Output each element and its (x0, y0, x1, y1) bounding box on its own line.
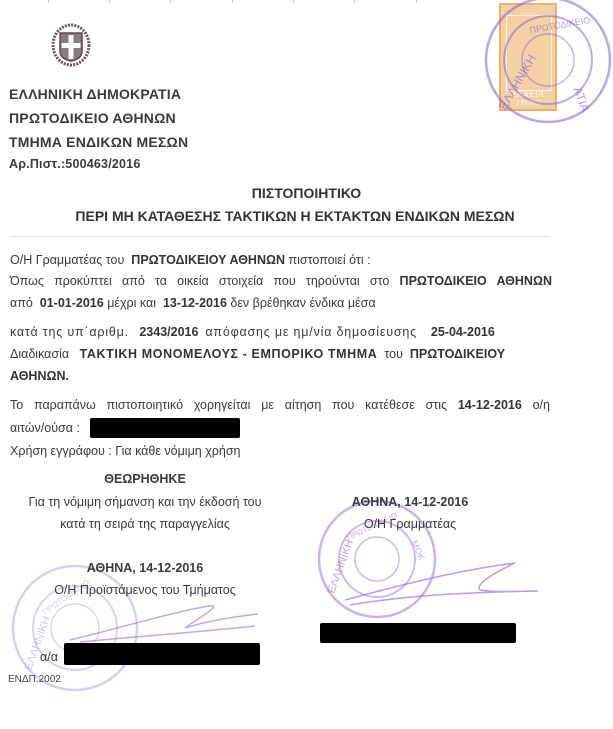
document-subtitle: ΠΕΡΙ ΜΗ ΚΑΤΑΘΕΣΗΣ ΤΑΚΤΙΚΩΝ Η ΕΚΤΑΚΤΩΝ ΕΝ… (0, 208, 590, 224)
body-line-3: από 01-01-2016 μέχρι και 13-12-2016 δεν … (10, 296, 376, 310)
redacted-applicant-name (90, 418, 240, 438)
body-line-6: ΑΘΗΝΩΝ. (10, 369, 69, 383)
court-name: ΠΡΩΤΟΔΙΚΕΙΟΥ (410, 347, 505, 361)
text: πιστοποιεί ότι : (289, 253, 371, 267)
text: Το παραπάνω πιστοποιητικό χορηγείται με … (10, 398, 447, 412)
procedure-type: ΤΑΚΤΙΚΗ ΜΟΝΟΜΕΛΟΥΣ - ΕΜΠΟΡΙΚΟ ΤΜΗΜΑ (80, 347, 378, 361)
body-line-5: Διαδικασία ΤΑΚΤΙΚΗ ΜΟΝΟΜΕΛΟΥΣ - ΕΜΠΟΡΙΚΟ… (10, 347, 505, 361)
court-name: ΠΡΩΤΟΔΙΚΕΙΟ ΑΘΗΝΩΝ (400, 274, 552, 288)
document-usage: Χρήση εγγράφου : Για κάθε νόμιμη χρήση (10, 444, 241, 458)
redacted-signatory-right (320, 623, 516, 643)
text: μέχρι και (107, 296, 156, 310)
redacted-signatory-left (64, 643, 260, 665)
text: Ο/Η Γραμματέας του (10, 253, 124, 267)
text: δεν βρέθηκαν ένδικα μέσα (230, 296, 375, 310)
right-place-date: ΑΘΗΝΑ, 14-12-2016 (300, 495, 520, 509)
decision-number: 2343/2016 (139, 325, 198, 339)
title-divider (10, 236, 550, 237)
court-name: ΠΡΩΤΟΔΙΚΕΙΟΥ ΑΘΗΝΩΝ (131, 253, 285, 267)
svg-text:ΑΤΙΑ: ΑΤΙΑ (570, 85, 592, 114)
endorsed-line-1: Για τη νόμιμη σήμανση και την έκδοσή του (0, 495, 290, 509)
applicant-label: αιτών/ούσα : (10, 421, 80, 435)
left-place-date: ΑΘΗΝΑ, 14-12-2016 (0, 561, 290, 575)
endorsed-heading: ΘΕΩΡΗΘΗΚΕ (0, 472, 290, 486)
header-department: ΤΜΗΜΑ ΕΝΔΙΚΩΝ ΜΕΣΩΝ (9, 134, 188, 150)
coat-of-arms-icon (51, 23, 91, 67)
text: Διαδικασία (10, 347, 69, 361)
body-line-7: Το παραπάνω πιστοποιητικό χορηγείται με … (10, 398, 550, 412)
date-from: 01-01-2016 (40, 296, 104, 310)
text: Όπως προκύπτει από τα οικεία στοιχεία πο… (10, 274, 389, 288)
body-line-1: Ο/Η Γραμματέας του ΠΡΩΤΟΔΙΚΕΙΟΥ ΑΘΗΝΩΝ π… (10, 253, 371, 267)
svg-text:ΕΛΛΗΝΙΚΗ: ΕΛΛΗΝΙΚΗ (496, 52, 539, 112)
left-signatory-role: Ο/Η Προϊστάμενος του Τμήματος (0, 583, 290, 597)
court-seal-icon: ΕΛΛΗΝΙΚΗ ΑΤΙΑ ΠΡΩΤΟΔΙΚΕΙΟ (478, 0, 613, 136)
application-date: 14-12-2016 (458, 398, 522, 412)
text: του (384, 347, 403, 361)
certificate-number: Αρ.Πιστ.:500463/2016 (9, 157, 141, 171)
date-to: 13-12-2016 (163, 296, 227, 310)
right-signatory-role: Ο/Η Γραμματέας (300, 517, 520, 531)
body-line-4: κατά της υπ΄αριθμ. 2343/2016 απόφασης με… (10, 325, 550, 339)
text: κατά της υπ΄αριθμ. (10, 325, 129, 339)
left-signature (60, 598, 260, 648)
on-behalf-prefix: α/α (40, 650, 58, 664)
form-code: ΕΝΔΠ.2002 (8, 674, 61, 685)
document-title: ΠΙΣΤΟΠΟΙΗΤΙΚΟ (0, 185, 613, 201)
right-signature (340, 555, 540, 615)
publication-date: 25-04-2016 (431, 325, 495, 339)
text: από (10, 296, 33, 310)
court-name: ΑΘΗΝΩΝ. (10, 369, 69, 383)
header-country: ΕΛΛΗΝΙΚΗ ΔΗΜΟΚΡΑΤΙΑ (9, 86, 181, 102)
body-line-2: Όπως προκύπτει από τα οικεία στοιχεία πο… (10, 274, 552, 288)
text: απόφασης με ημ/νία δημοσίευσης (205, 325, 417, 339)
text: ο/η (533, 398, 550, 412)
header-court: ΠΡΩΤΟΔΙΚΕΙΟ ΑΘΗΝΩΝ (9, 110, 176, 126)
endorsed-line-2: κατά τη σειρά της παραγγελίας (0, 517, 290, 531)
